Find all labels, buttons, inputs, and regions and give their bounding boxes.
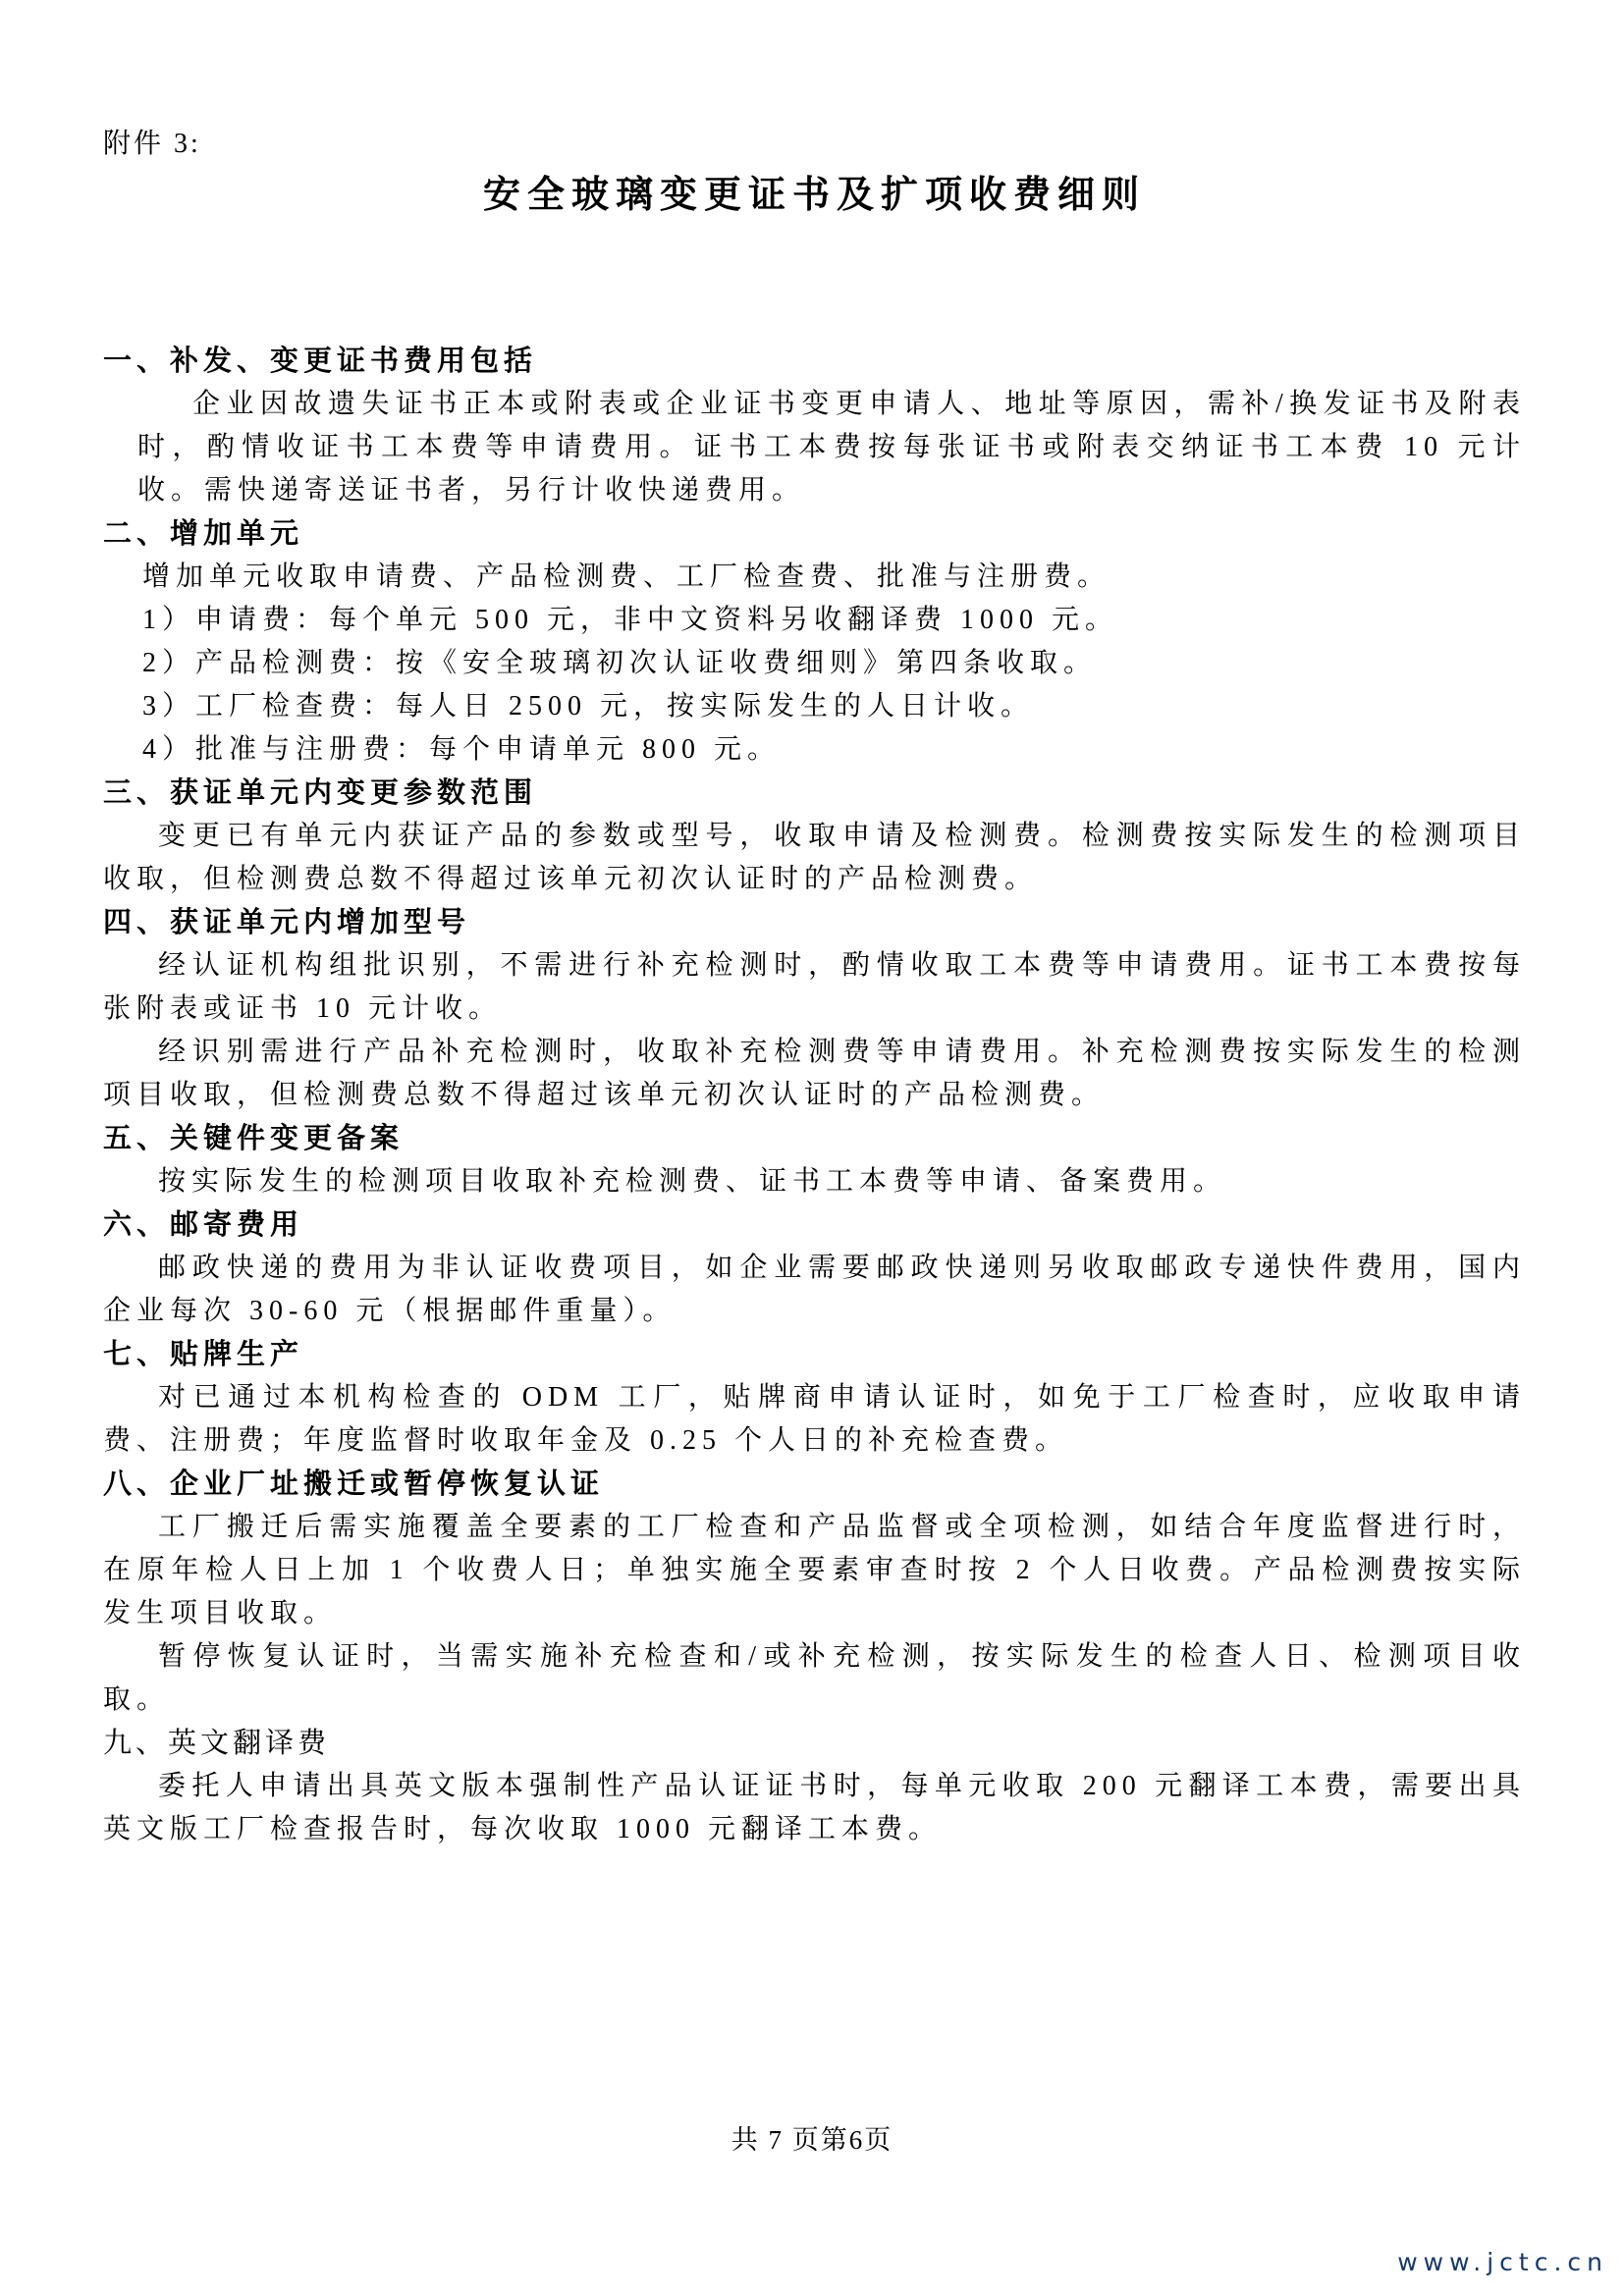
section-2-intro: 增加单元收取申请费、产品检测费、工厂检查费、批准与注册费。: [103, 556, 1526, 599]
section-9-english-translation-fee: 九、英文翻译费 委托人申请出具英文版本强制性产品认证证书时，每单元收取 200 …: [103, 1722, 1526, 1851]
document-title: 安全玻璃变更证书及扩项收费细则: [103, 171, 1526, 220]
section-8-paragraph-1: 工厂搬迁后需实施覆盖全要素的工厂检查和产品监督或全项检测，如结合年度监督进行时，…: [103, 1506, 1526, 1635]
section-2-item-2: 2）产品检测费：按《安全玻璃初次认证收费细则》第四条收取。: [103, 642, 1526, 685]
section-7-paragraph-1: 对已通过本机构检查的 ODM 工厂，贴牌商申请认证时，如免于工厂检查时，应收取申…: [103, 1376, 1526, 1463]
section-2-add-units: 二、增加单元 增加单元收取申请费、产品检测费、工厂检查费、批准与注册费。 1）申…: [103, 512, 1526, 772]
section-5-heading: 五、关键件变更备案: [103, 1117, 1526, 1160]
section-2-item-3: 3）工厂检查费：每人日 2500 元，按实际发生的人日计收。: [103, 685, 1526, 728]
section-3-heading: 三、获证单元内变更参数范围: [103, 772, 1526, 815]
section-9-heading: 九、英文翻译费: [103, 1722, 1526, 1765]
section-4-paragraph-1: 经认证机构组批识别，不需进行补充检测时，酌情收取工本费等申请费用。证书工本费按每…: [103, 944, 1526, 1031]
website-watermark: www.jctc.cn: [1397, 2248, 1608, 2276]
section-1-paragraph-1: 企业因故遗失证书正本或附表或企业证书变更申请人、地址等原因，需补/换发证书及附表…: [103, 383, 1526, 512]
document-page: 附件 3: 安全玻璃变更证书及扩项收费细则 一、补发、变更证书费用包括 企业因故…: [0, 0, 1624, 2296]
section-1-heading: 一、补发、变更证书费用包括: [103, 340, 1526, 383]
section-6-postage-fees: 六、邮寄费用 邮政快递的费用为非认证收费项目，如企业需要邮政快递则另收取邮政专递…: [103, 1203, 1526, 1333]
section-8-paragraph-2: 暂停恢复认证时，当需实施补充检查和/或补充检测，按实际发生的检查人日、检测项目收…: [103, 1635, 1526, 1722]
section-1-reissue-change-fees: 一、补发、变更证书费用包括 企业因故遗失证书正本或附表或企业证书变更申请人、地址…: [103, 340, 1526, 512]
section-7-heading: 七、贴牌生产: [103, 1333, 1526, 1376]
section-3-paragraph-1: 变更已有单元内获证产品的参数或型号，收取申请及检测费。检测费按实际发生的检测项目…: [103, 815, 1526, 901]
section-6-heading: 六、邮寄费用: [103, 1203, 1526, 1247]
section-4-paragraph-2: 经识别需进行产品补充检测时，收取补充检测费等申请费用。补充检测费按实际发生的检测…: [103, 1031, 1526, 1117]
section-3-change-parameters: 三、获证单元内变更参数范围 变更已有单元内获证产品的参数或型号，收取申请及检测费…: [103, 772, 1526, 901]
section-2-item-1: 1）申请费：每个单元 500 元，非中文资料另收翻译费 1000 元。: [103, 599, 1526, 642]
section-7-oem-production: 七、贴牌生产 对已通过本机构检查的 ODM 工厂，贴牌商申请认证时，如免于工厂检…: [103, 1333, 1526, 1463]
section-2-heading: 二、增加单元: [103, 512, 1526, 556]
section-9-paragraph-1: 委托人申请出具英文版本强制性产品认证证书时，每单元收取 200 元翻译工本费，需…: [103, 1765, 1526, 1851]
section-2-item-4: 4）批准与注册费：每个申请单元 800 元。: [103, 728, 1526, 772]
attachment-label: 附件 3:: [103, 124, 1526, 165]
section-8-relocation-resume: 八、企业厂址搬迁或暂停恢复认证 工厂搬迁后需实施覆盖全要素的工厂检查和产品监督或…: [103, 1463, 1526, 1722]
page-number-indicator: 共 7 页第6页: [0, 2118, 1624, 2157]
section-6-paragraph-1: 邮政快递的费用为非认证收费项目，如企业需要邮政快递则另收取邮政专递快件费用，国内…: [103, 1247, 1526, 1333]
section-8-heading: 八、企业厂址搬迁或暂停恢复认证: [103, 1463, 1526, 1506]
section-5-key-component-change: 五、关键件变更备案 按实际发生的检测项目收取补充检测费、证书工本费等申请、备案费…: [103, 1117, 1526, 1203]
section-4-heading: 四、获证单元内增加型号: [103, 901, 1526, 944]
section-5-paragraph-1: 按实际发生的检测项目收取补充检测费、证书工本费等申请、备案费用。: [103, 1160, 1526, 1203]
section-4-add-models: 四、获证单元内增加型号 经认证机构组批识别，不需进行补充检测时，酌情收取工本费等…: [103, 901, 1526, 1117]
